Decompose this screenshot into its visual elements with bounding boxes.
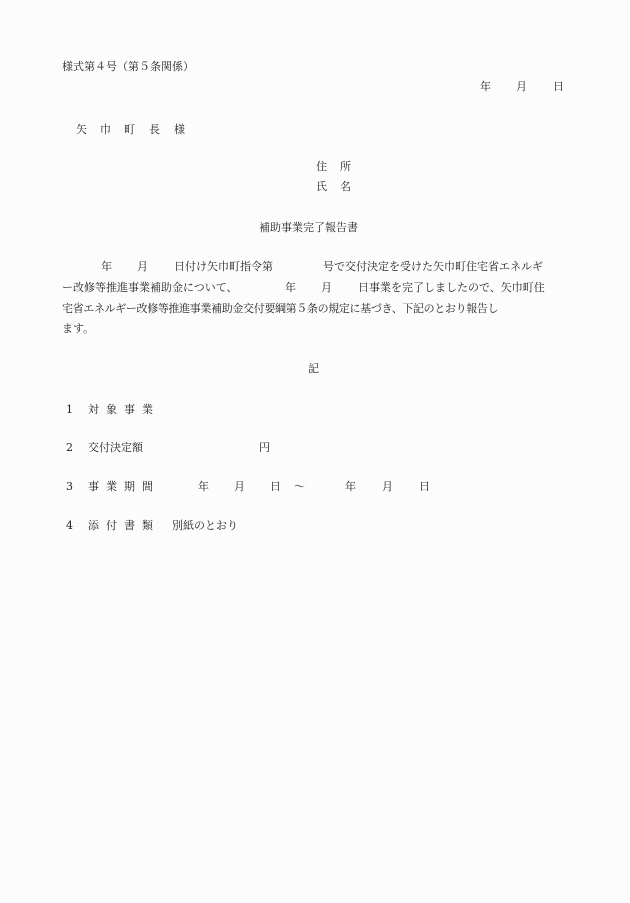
body-line1-text-a: 日付け矢巾町指令第 [174, 260, 273, 274]
period-separator: ～ [294, 480, 305, 494]
addressee-char: 矢 [76, 123, 87, 137]
name-label-char: 名 [340, 180, 351, 194]
addressee-char: 様 [174, 123, 185, 137]
addressee-char: 巾 [100, 123, 111, 137]
period-to-month: 月 [382, 480, 393, 494]
document-title: 補助事業完了報告書 [259, 221, 358, 235]
body-line4: ます。 [62, 322, 94, 336]
period-from-day: 日 [270, 480, 281, 494]
addressee-char: 町 [124, 123, 135, 137]
date-day-label: 日 [553, 80, 564, 94]
item-number: 3 [66, 480, 73, 494]
body-line2-text-b: 日事業を完了しましたので、矢巾町住 [358, 281, 545, 295]
item-label-char: 事 [88, 480, 99, 494]
item-label-char: 期 [124, 480, 135, 494]
period-from-month: 月 [234, 480, 245, 494]
name-label-char: 氏 [316, 180, 327, 194]
attachments-value: 別紙のとおり [172, 519, 238, 533]
item-label-char: 業 [106, 480, 117, 494]
form-number: 様式第４号（第５条関係） [62, 60, 194, 74]
item-label-char: 象 [106, 403, 117, 417]
addressee-char: 長 [149, 123, 160, 137]
item-label-char: 業 [142, 403, 153, 417]
period-to-day: 日 [419, 480, 430, 494]
yen-unit: 円 [259, 441, 270, 455]
item-number: 1 [66, 403, 73, 417]
body-line1-month: 月 [137, 260, 148, 274]
body-line3: 宅省エネルギー改修等推進事業補助金交付要綱第５条の規定に基づき、下記のとおり報告… [62, 302, 498, 316]
address-label-char: 住 [316, 160, 327, 174]
body-line2-year: 年 [285, 281, 296, 295]
item-label-char: 類 [142, 519, 153, 533]
period-to-year: 年 [345, 480, 356, 494]
item-label: 交付決定額 [88, 441, 143, 455]
item-label-char: 付 [106, 519, 117, 533]
item-number: 2 [66, 441, 73, 455]
item-number: 4 [66, 519, 73, 533]
body-line1-text-b: 号で交付決定を受けた矢巾町住宅省エネルギ [323, 260, 543, 274]
address-label-char: 所 [340, 160, 351, 174]
ki-heading: 記 [308, 362, 319, 376]
item-label-char: 対 [88, 403, 99, 417]
period-from-year: 年 [198, 480, 209, 494]
body-line2-month: 月 [321, 281, 332, 295]
item-label-char: 書 [124, 519, 135, 533]
date-month-label: 月 [516, 80, 527, 94]
item-label-char: 間 [142, 480, 153, 494]
item-label-char: 添 [88, 519, 99, 533]
item-label-char: 事 [124, 403, 135, 417]
body-line1-year: 年 [101, 260, 112, 274]
body-line2-text-a: ー改修等推進事業補助金について、 [62, 281, 238, 295]
date-year-label: 年 [480, 80, 491, 94]
